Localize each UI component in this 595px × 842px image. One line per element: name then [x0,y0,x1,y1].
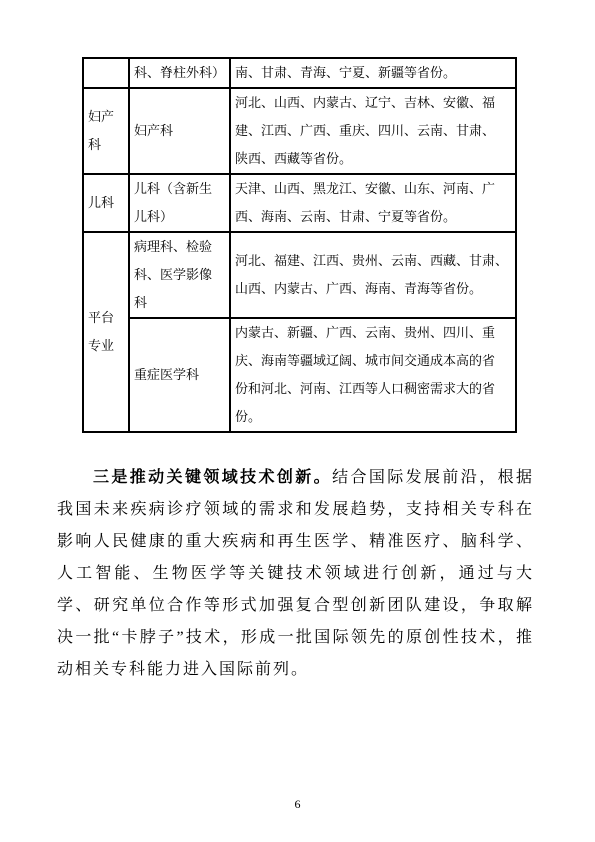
table-cell-specialty-critical-care: 重症医学科 [129,318,230,432]
paragraph-bold-lead: 三是推动关键领域技术创新。 [93,469,332,486]
document-page: 科、脊柱外科） 南、甘肃、青海、宁夏、新疆等省份。 妇产 科 妇产科 河北、山西… [0,0,595,842]
table-cell-specialty-pathology: 病理科、检验 科、医学影像 科 [129,232,230,318]
table-cell-provinces-pathology: 河北、福建、江西、贵州、云南、西藏、甘肃、 山西、内蒙古、广西、海南、青海等省份… [230,232,516,318]
table-cell-specialty-pediatrics: 儿科（含新生 儿科） [129,174,230,232]
body-paragraph: 三是推动关键领域技术创新。结合国际发展前沿，根据我国未来疾病诊疗领域的需求和发展… [57,462,534,686]
table-cell-specialty-continued: 科、脊柱外科） [129,58,230,88]
table-row-obstetrics: 妇产 科 妇产科 河北、山西、内蒙古、辽宁、吉林、安徽、福 建、江西、广西、重庆… [83,88,516,174]
paragraph-body-text: 结合国际发展前沿，根据我国未来疾病诊疗领域的需求和发展趋势，支持相关专科在影响人… [57,469,534,678]
table-cell-category-empty [83,58,129,88]
table-cell-provinces-critical-care: 内蒙古、新疆、广西、云南、贵州、四川、重 庆、海南等疆域辽阔、城市间交通成本高的… [230,318,516,432]
table-cell-category-obstetrics: 妇产 科 [83,88,129,174]
table-row-platform-pathology: 平台 专业 病理科、检验 科、医学影像 科 河北、福建、江西、贵州、云南、西藏、… [83,232,516,318]
page-number: 6 [0,797,595,811]
table-row-continued: 科、脊柱外科） 南、甘肃、青海、宁夏、新疆等省份。 [83,58,516,88]
table-cell-provinces-pediatrics: 天津、山西、黑龙江、安徽、山东、河南、广 西、海南、云南、甘肃、宁夏等省份。 [230,174,516,232]
table-cell-provinces-obstetrics: 河北、山西、内蒙古、辽宁、吉林、安徽、福 建、江西、广西、重庆、四川、云南、甘肃… [230,88,516,174]
table-row-critical-care: 重症医学科 内蒙古、新疆、广西、云南、贵州、四川、重 庆、海南等疆域辽阔、城市间… [83,318,516,432]
table-cell-provinces-continued: 南、甘肃、青海、宁夏、新疆等省份。 [230,58,516,88]
table-cell-specialty-obstetrics: 妇产科 [129,88,230,174]
table-cell-category-platform: 平台 专业 [83,232,129,432]
table-cell-category-pediatrics: 儿科 [83,174,129,232]
table-row-pediatrics: 儿科 儿科（含新生 儿科） 天津、山西、黑龙江、安徽、山东、河南、广 西、海南、… [83,174,516,232]
specialty-province-table: 科、脊柱外科） 南、甘肃、青海、宁夏、新疆等省份。 妇产 科 妇产科 河北、山西… [82,57,517,433]
